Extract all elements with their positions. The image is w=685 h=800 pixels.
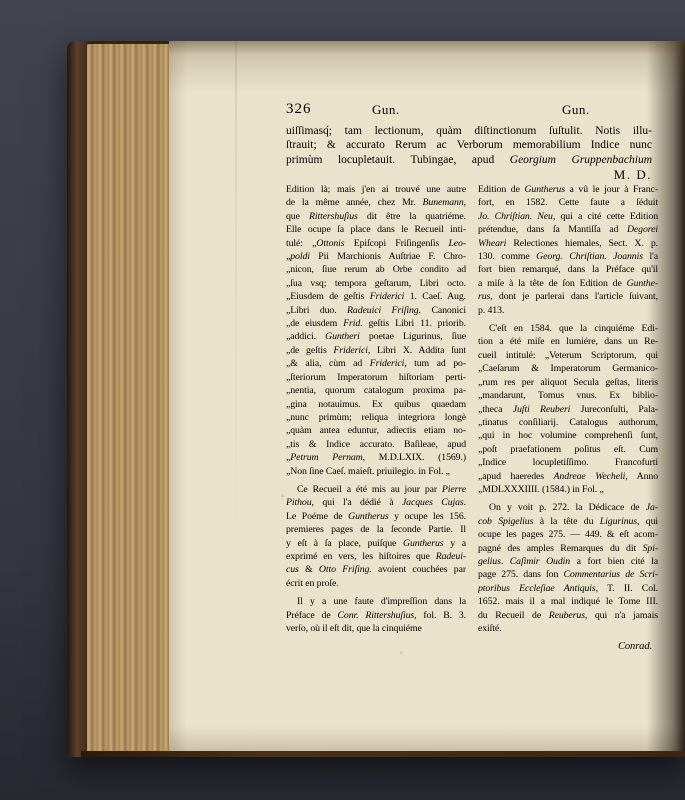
- page-crease: [235, 41, 237, 752]
- text-line: ſtrauit; & accurato Rerum ac Verborum me…: [286, 138, 652, 152]
- text-line: que Rittershuſius dit être la quatriéme.: [286, 210, 466, 223]
- imprint-date: M. D.: [286, 168, 652, 182]
- text-line: „poldi Pii Marchionis Auſtriae F. Chro-: [286, 250, 466, 263]
- text-line: cob Spigelius à la tête du Ligurinus, qu…: [478, 515, 658, 528]
- text-line: „mandarunt, Tomus vnus. Ex biblio-: [478, 389, 658, 402]
- book: 326 Gun. Gun. uiſſimasq́; tam lectionum,…: [67, 41, 685, 757]
- text-line: „apud haeredes Andreae Wecheli, Anno: [478, 470, 658, 483]
- text-line: „ſteriorum Imperatorum hiſtoriam perti-: [286, 371, 466, 384]
- left-column-paragraphs: Edition là; mais j'en ai trouvé une autr…: [286, 183, 466, 635]
- text-line: 130. comme Georg. Chriſtian. Joannis l'a: [478, 250, 658, 263]
- text-line: Edition là; mais j'en ai trouvé une autr…: [286, 183, 466, 196]
- text-line: C'eſt en 1584. que la cinquiéme Edi-: [478, 322, 658, 335]
- text-line: du Recueil de Reuberus, qui n'a jamais: [478, 609, 658, 622]
- paragraph: Ce Recueil a été mis au jour par PierreP…: [286, 483, 466, 590]
- text-line: „MDLXXXIIII. (1584.) in Fol. „: [478, 483, 658, 496]
- text-line: „nunc primùm; reliqua integriora longè: [286, 411, 466, 424]
- running-head-right: Gun.: [562, 102, 590, 118]
- page-number: 326: [286, 101, 312, 118]
- text-line: „gina notauimus. Ex quibus quaedam: [286, 398, 466, 411]
- text-line: On y voit p. 272. la Dédicace de Ja-: [478, 501, 658, 514]
- screenshot-root: { "page": { "page_number": "326", "runni…: [0, 0, 685, 800]
- text-line: premieres pages de la ſeconde Partie. Il: [286, 523, 466, 536]
- text-line: Jo. Chriſtian. Neu, qui a cité cette Edi…: [478, 210, 658, 223]
- text-line: „addici. Guntheri poetae Ligurinus, ſiue: [286, 330, 466, 343]
- text-line: „nentia, quorum catalogum proxima pa-: [286, 384, 466, 397]
- text-line: „nicon, ſiue rerum ab Orbe condito ad: [286, 263, 466, 276]
- text-line: écrit en proſe.: [286, 577, 466, 590]
- text-line: rus, dont je parlerai dans l'article ſui…: [478, 290, 658, 303]
- paragraph: uiſſimasq́; tam lectionum, quàm diſtinct…: [286, 124, 652, 167]
- book-fore-edge: [87, 41, 169, 757]
- text-line: „rum res per aliquot Secula geſtas, lite…: [478, 376, 658, 389]
- text-line: „quàm antea eduntur, adiectis etiam no-: [286, 424, 466, 437]
- text-line: p. 413.: [478, 304, 658, 317]
- text-line: „qui in hoc volumine comprehenſi ſunt,: [478, 429, 658, 442]
- text-line: „theca Juſti Reuberi Jureconſulti, Pala-: [478, 403, 658, 416]
- text-line: „poſt praefationem poſitus eſt. Cum: [478, 443, 658, 456]
- intro-paragraphs: uiſſimasq́; tam lectionum, quàm diſtinct…: [286, 124, 652, 167]
- book-bottom-edge: [81, 751, 685, 757]
- text-line: tion a été miſe en lumiére, dans un Re-: [478, 335, 658, 348]
- text-columns: Edition là; mais j'en ai trouvé une autr…: [286, 183, 658, 654]
- paragraph: Edition de Guntherus a vû le jour à Fran…: [478, 183, 658, 317]
- intro-block: uiſſimasq́; tam lectionum, quàm diſtinct…: [286, 124, 652, 183]
- text-line: Elle ocupe ſa place dans le Recueil inti…: [286, 223, 466, 236]
- text-line: ptoribus Eccleſiae Antiquis, T. II. Col.: [478, 582, 658, 595]
- text-line: „Eiusdem de geſtis Friderici 1. Caeſ. Au…: [286, 290, 466, 303]
- text-line: verſo, où il eſt dit, que la cinquiéme: [286, 622, 466, 635]
- text-line: „Petrum Pernam, M.D.LXIX. (1569.): [286, 451, 466, 464]
- paragraph: Edition là; mais j'en ai trouvé une autr…: [286, 183, 466, 478]
- paragraph: On y voit p. 272. la Dédicace de Ja-cob …: [478, 501, 658, 635]
- text-line: Ce Recueil a été mis au jour par Pierre: [286, 483, 466, 496]
- paragraph: Il y a une faute d'impreſſion dans laPré…: [286, 595, 466, 635]
- text-line: exiſté.: [478, 622, 658, 635]
- text-line: fort bien remarqué, dans la Préface qu'i…: [478, 263, 658, 276]
- text-line: Le Poéme de Guntherus y ocupe les 156.: [286, 510, 466, 523]
- author-signature: Conrad.: [478, 640, 658, 653]
- book-cover-edge: [67, 41, 89, 757]
- text-line: fort, en 1582. Cette faute a ſéduit: [478, 196, 658, 209]
- text-line: a miſe à la tête de ſon Edition de Gunth…: [478, 277, 658, 290]
- book-page: 326 Gun. Gun. uiſſimasq́; tam lectionum,…: [169, 41, 685, 752]
- text-line: exprimé en vers, les hiſtoires que Radeu…: [286, 550, 466, 563]
- text-line: Edition de Guntherus a vû le jour à Fran…: [478, 183, 658, 196]
- text-line: „Indice locupletiſſimo. Francofurti: [478, 456, 658, 469]
- photo-background: 326 Gun. Gun. uiſſimasq́; tam lectionum,…: [0, 0, 685, 800]
- text-line: y eſt à ſa place, puiſque Guntherus y a: [286, 537, 466, 550]
- text-line: gelius. Caſimir Oudin a fort bien cité l…: [478, 555, 658, 568]
- text-line: „Caeſarum & Imperatorum Germanico-: [478, 362, 658, 375]
- text-line: „tinatus conſiliarij. Catalogus authorum…: [478, 416, 658, 429]
- text-line: Il y a une faute d'impreſſion dans la: [286, 595, 466, 608]
- text-line: „de eiusdem Frid. geſtis Libri 11. prior…: [286, 317, 466, 330]
- author-signature-text: Conrad.: [618, 641, 652, 652]
- right-column-paragraphs: Edition de Guntherus a vû le jour à Fran…: [478, 183, 658, 635]
- text-line: „Non ſine Caeſ. maieſt. priuilegio. in F…: [286, 465, 466, 478]
- text-line: 1652. mais il a mal indiqué le Tome III.: [478, 595, 658, 608]
- text-line: Préface de Conr. Rittershuſius, fol. B. …: [286, 609, 466, 622]
- text-line: prétendue, dans ſa Mantiſſa ad Degorei: [478, 223, 658, 236]
- text-line: page 275. dans ſon Commentarius de Scri-: [478, 568, 658, 581]
- text-line: „Libri duo. Radeuici Friſing. Canonici: [286, 304, 466, 317]
- text-line: „tis & Indice accurato. Baſileae, apud: [286, 438, 466, 451]
- text-line: pagné des amples Remarques du dit Spi-: [478, 542, 658, 555]
- text-line: ocupe les pages 275. — 449. & eſt acom-: [478, 528, 658, 541]
- text-line: „de geſtis Friderici, Libri X. Addita ſu…: [286, 344, 466, 357]
- running-head-left: Gun.: [372, 102, 400, 118]
- text-line: de la même année, chez Mr. Bunemann,: [286, 196, 466, 209]
- running-head: 326 Gun. Gun.: [286, 101, 658, 121]
- text-line: primùm locupletauit. Tubingae, apud Geor…: [286, 153, 652, 167]
- text-line: „& alia, cùm ad Friderici, tum ad po-: [286, 357, 466, 370]
- paragraph: C'eſt en 1584. que la cinquiéme Edi-tion…: [478, 322, 658, 496]
- text-line: uiſſimasq́; tam lectionum, quàm diſtinct…: [286, 124, 652, 138]
- text-line: „ſua vsq; tempora geſtarum, Libri octo.: [286, 277, 466, 290]
- right-column: Edition de Guntherus a vû le jour à Fran…: [478, 183, 658, 654]
- text-line: Pithou, qui l'a dédié à Jacques Cujas.: [286, 496, 466, 509]
- text-line: tulé: „Ottonis Epiſcopi Friſingenſis Leo…: [286, 237, 466, 250]
- left-column: Edition là; mais j'en ai trouvé une autr…: [286, 183, 466, 654]
- text-line: cueil intitulé: „Veterum Scriptorum, qui: [478, 349, 658, 362]
- text-line: cus & Otto Friſing. avoient couchées par: [286, 563, 466, 576]
- text-line: Wheari Relectiones hiemales, Sect. X. p.: [478, 237, 658, 250]
